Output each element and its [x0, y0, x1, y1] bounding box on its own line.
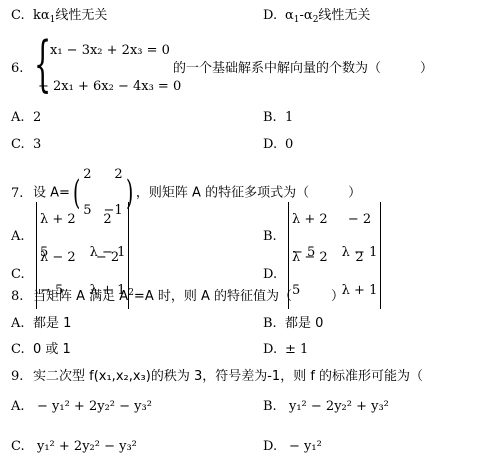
q8-stem: 8.当矩阵 A 满足 A2=A 时，则 A 的特征值为（ ）: [11, 290, 344, 303]
option-label: D.: [263, 9, 285, 22]
q6-option-c: C.3: [11, 138, 41, 151]
q5-option-d: D.α1-α2线性无关: [263, 9, 370, 22]
q8-option-a: A.都是 1: [11, 317, 71, 330]
q9-option-d: D.− y₁²: [263, 440, 322, 453]
q8-option-d: D.± 1: [263, 343, 308, 356]
q6-option-a: A.2: [11, 111, 41, 124]
q6-stem: 的一个基础解系中解向量的个数为（ ）: [173, 62, 433, 75]
q8-option-c: C.0 或 1: [11, 343, 71, 356]
q8-option-b: B.都是 0: [263, 317, 323, 330]
q5-option-c: C.kα1线性无关: [11, 9, 107, 22]
q9-option-c: C.y₁² + 2y₂² − y₃²: [11, 440, 137, 453]
q6-equation-1: x₁ − 3x₂ + 2x₃ = 0: [50, 44, 170, 57]
option-math: kα: [33, 8, 50, 23]
q9-option-b: B.y₁² − 2y₂² + y₃²: [263, 400, 389, 413]
q6-option-d: D.0: [263, 138, 293, 151]
q9-stem: 9.实二次型 f(x₁,x₂,x₃)的秩为 3，符号差为-1，则 f 的标准形可…: [11, 370, 423, 383]
option-label: C.: [11, 9, 33, 22]
q6-option-b: B.1: [263, 111, 293, 124]
q6-equation-2: − 2x₁ + 6x₂ − 4x₃ = 0: [38, 80, 181, 93]
q6-number: 6.: [11, 62, 23, 75]
q9-option-a: A.− y₁² + 2y₂² − y₃²: [11, 400, 152, 413]
option-text: 线性无关: [55, 8, 107, 23]
